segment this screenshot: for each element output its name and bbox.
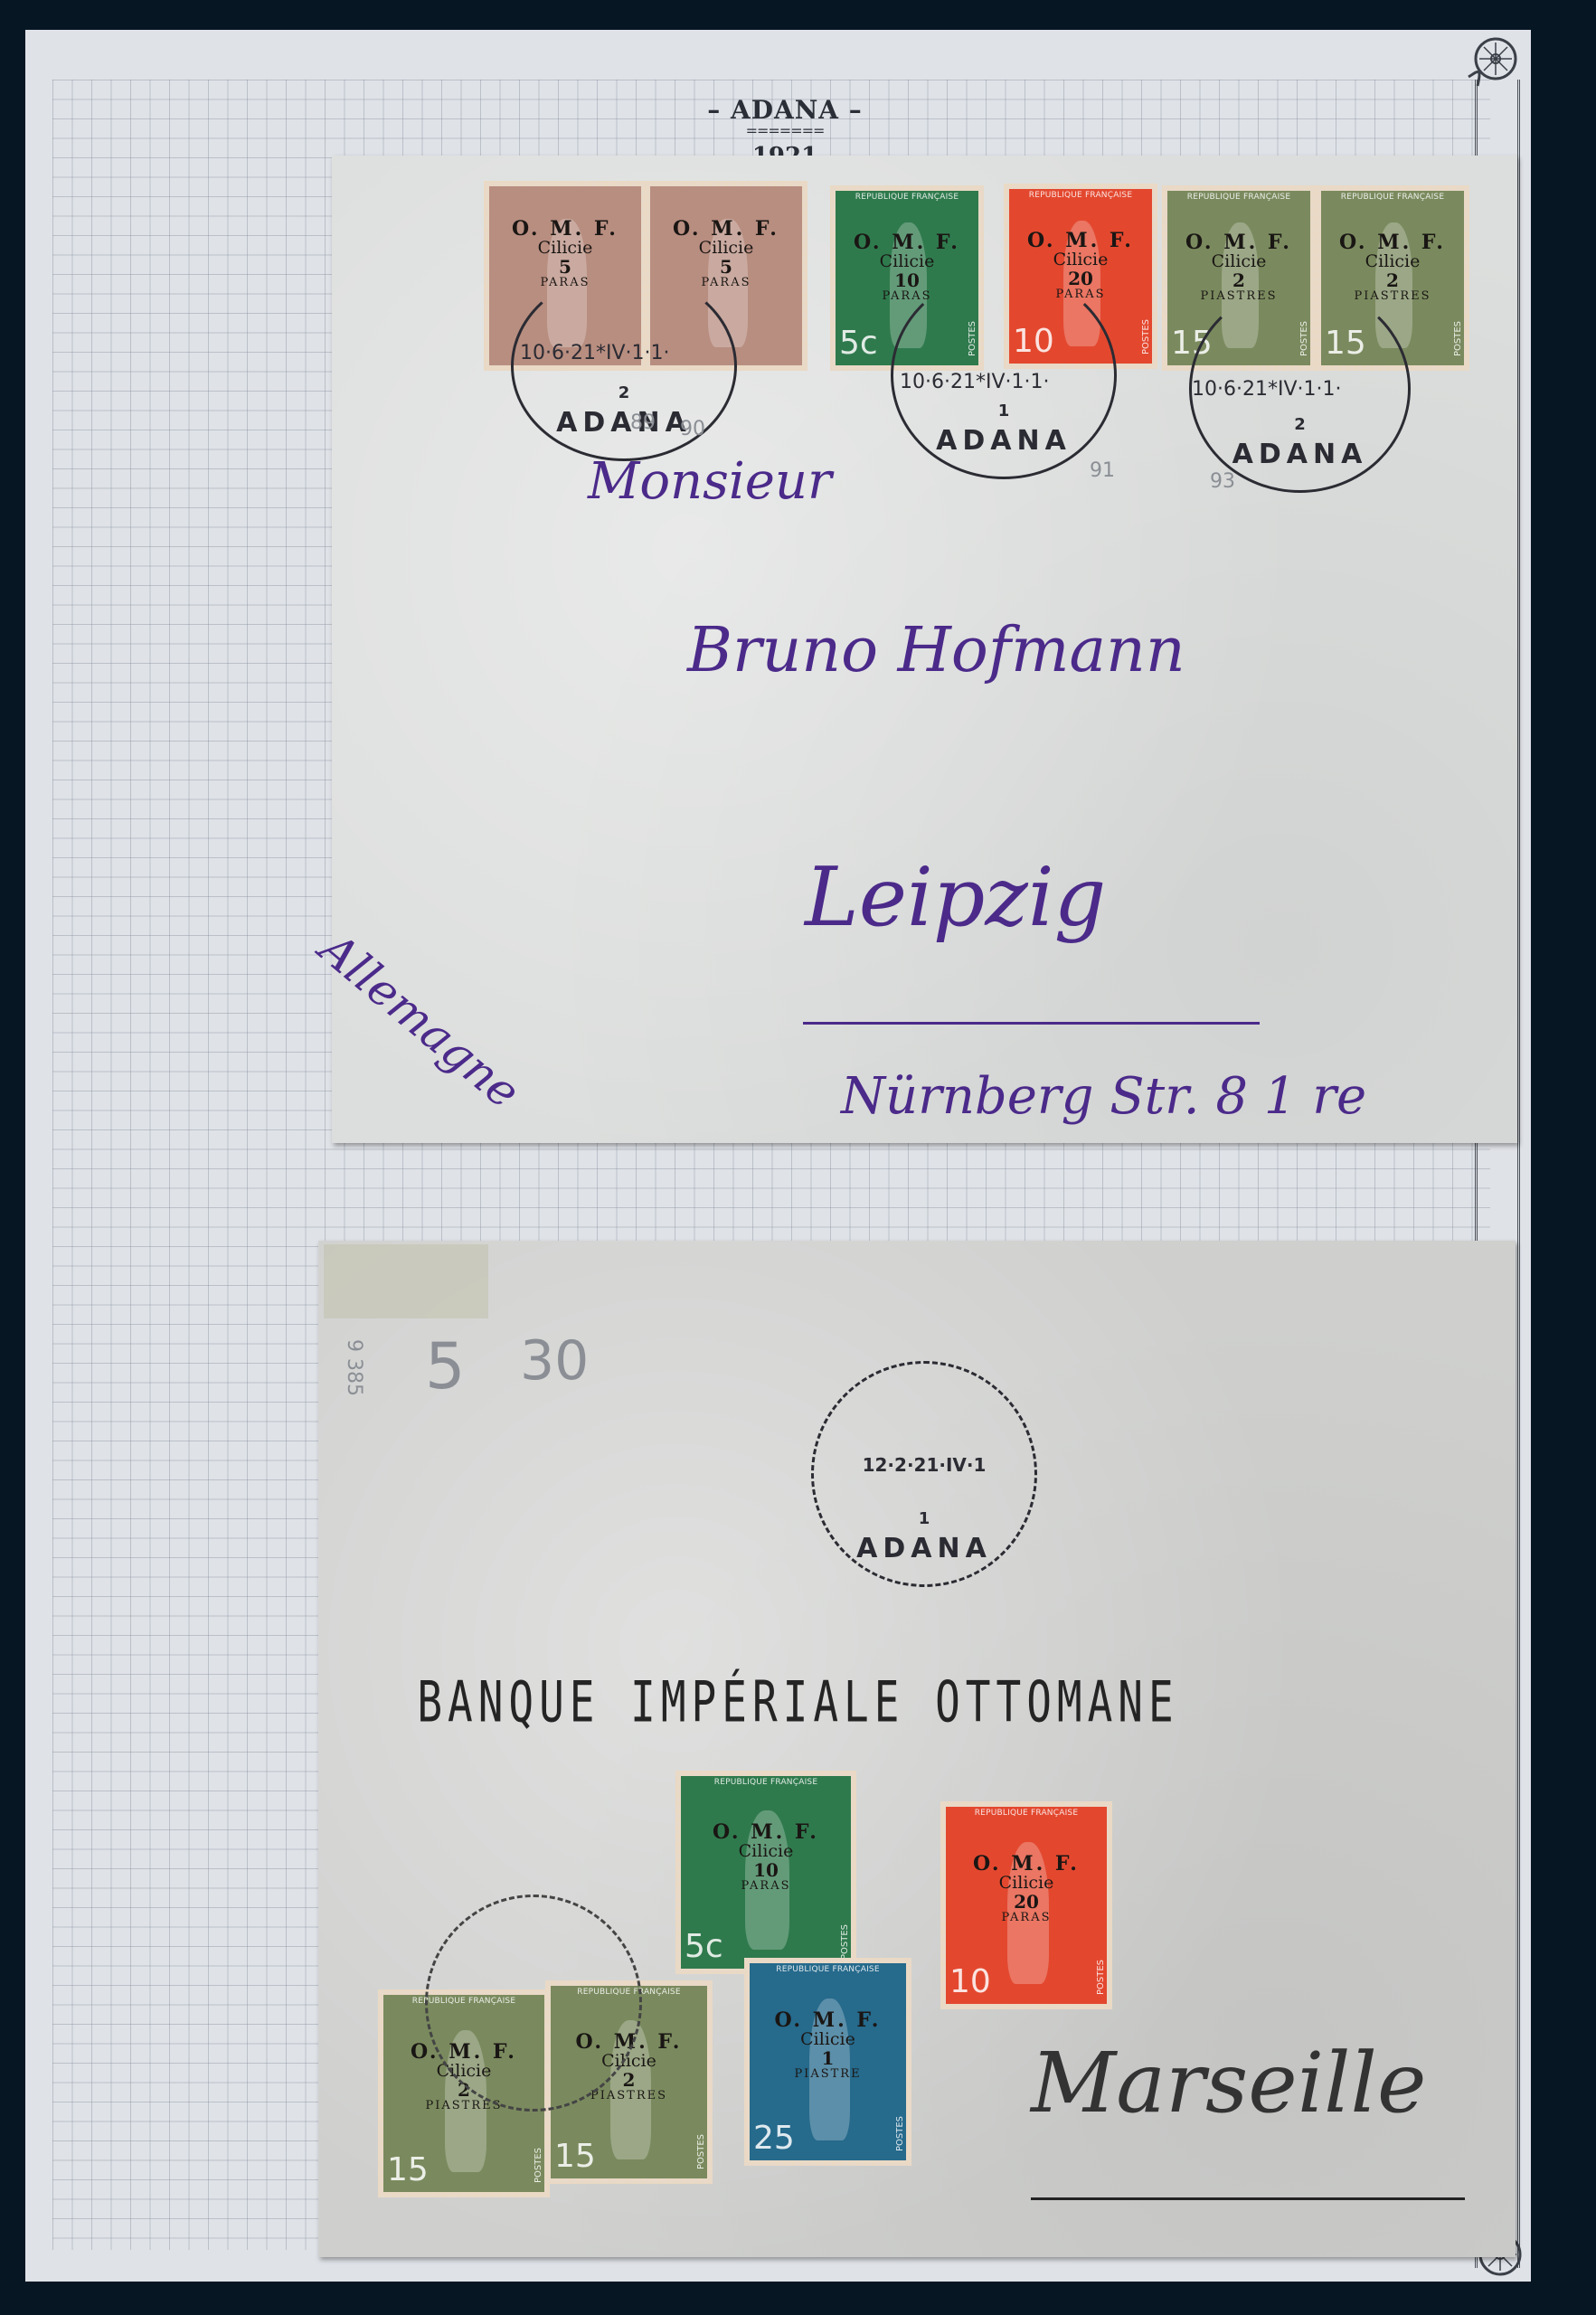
stamp-country: REPUBLIQUE FRANÇAISE [1009,191,1152,200]
stamp-face-value: 15 [554,2140,596,2173]
stamp-face-value: 10 [949,1966,991,1998]
address-salutation: Monsieur [588,452,832,511]
pencil-note: 30 [520,1329,589,1393]
postmark [425,1895,642,2112]
pencil-note: 9 385 [343,1339,365,1396]
stamp-face: REPUBLIQUE FRANÇAISE5cPOSTESO. M. F.Cili… [681,1776,851,1969]
stamp-posts-label: POSTES [895,2116,905,2151]
city-underline [803,1022,1260,1025]
backstamp: ADANA 12·2·21·IV·1 1 [811,1361,1037,1587]
stamp-country: REPUBLIQUE FRANÇAISE [946,1809,1107,1818]
page-title: – ADANA – [676,95,893,125]
stamp-face-value: 25 [753,2122,795,2155]
stamp-posts-label: POSTES [1453,321,1463,356]
stamp-country: REPUBLIQUE FRANÇAISE [1321,193,1464,202]
stamp-posts-label: POSTES [696,2134,706,2169]
postmark-date: 10·6·21*IV·1·1· [520,342,669,364]
hinge-tape [324,1244,488,1318]
stamp-posts-label: POSTES [1096,1960,1106,1995]
stamp-posts-label: POSTES [840,1924,850,1960]
stamp-posts-label: POSTES [1141,319,1151,354]
hinge-residue [89,817,269,970]
stamp: REPUBLIQUE FRANÇAISE5cPOSTESO. M. F.Cili… [675,1771,856,1974]
destination-city: Marseille [1031,2035,1426,2131]
postmark-date: 10·6·21*IV·1·1· [900,371,1049,393]
ornament-corner-icon [1464,32,1527,95]
pencil-note: 5 [425,1329,466,1403]
letterhead: BANQUE IMPÉRIALE OTTOMANE [0,1669,1596,1735]
stamp-overprint: O. M. F.Cilicie10PARAS [681,1822,851,1893]
stamp-face: REPUBLIQUE FRANÇAISE25POSTESO. M. F.Cili… [750,1963,906,2160]
address-name: Bruno Hofmann [687,615,1185,686]
title-rule: ======= [676,127,893,136]
pencil-note: 91 [1090,459,1115,482]
stamp-face-value: 5c [839,327,878,360]
stamp-posts-label: POSTES [534,2148,543,2183]
stamp-overprint: O. M. F.Cilicie1PIASTRE [750,2010,906,2081]
destination-underline [1031,2197,1465,2200]
stamp-country: REPUBLIQUE FRANÇAISE [681,1778,851,1787]
stamp-overprint: O. M. F.Cilicie20PARAS [946,1854,1107,1924]
address-street: Nürnberg Str. 8 1 re [841,1067,1366,1126]
stamp-country: REPUBLIQUE FRANÇAISE [750,1965,906,1974]
stamp-country: REPUBLIQUE FRANÇAISE [1167,193,1310,202]
pencil-note: 93 [1210,470,1235,493]
stamp-overprint: O. M. F.Cilicie5PARAS [650,219,802,289]
postmark-date: 10·6·21*IV·1·1· [1192,378,1341,401]
pencil-note: 89 [630,411,656,434]
stamp: REPUBLIQUE FRANÇAISE10POSTESO. M. F.Cili… [940,1801,1112,2009]
address-city: Leipzig [805,850,1106,945]
stamp-face-value: 5c [685,1931,723,1963]
stamp-country: REPUBLIQUE FRANÇAISE [836,193,978,202]
stamp: REPUBLIQUE FRANÇAISE25POSTESO. M. F.Cili… [744,1958,911,2166]
stamp-face-value: 15 [387,2154,429,2187]
stamp-face: REPUBLIQUE FRANÇAISE10POSTESO. M. F.Cili… [946,1807,1107,2004]
pencil-note: 90 [680,418,705,440]
